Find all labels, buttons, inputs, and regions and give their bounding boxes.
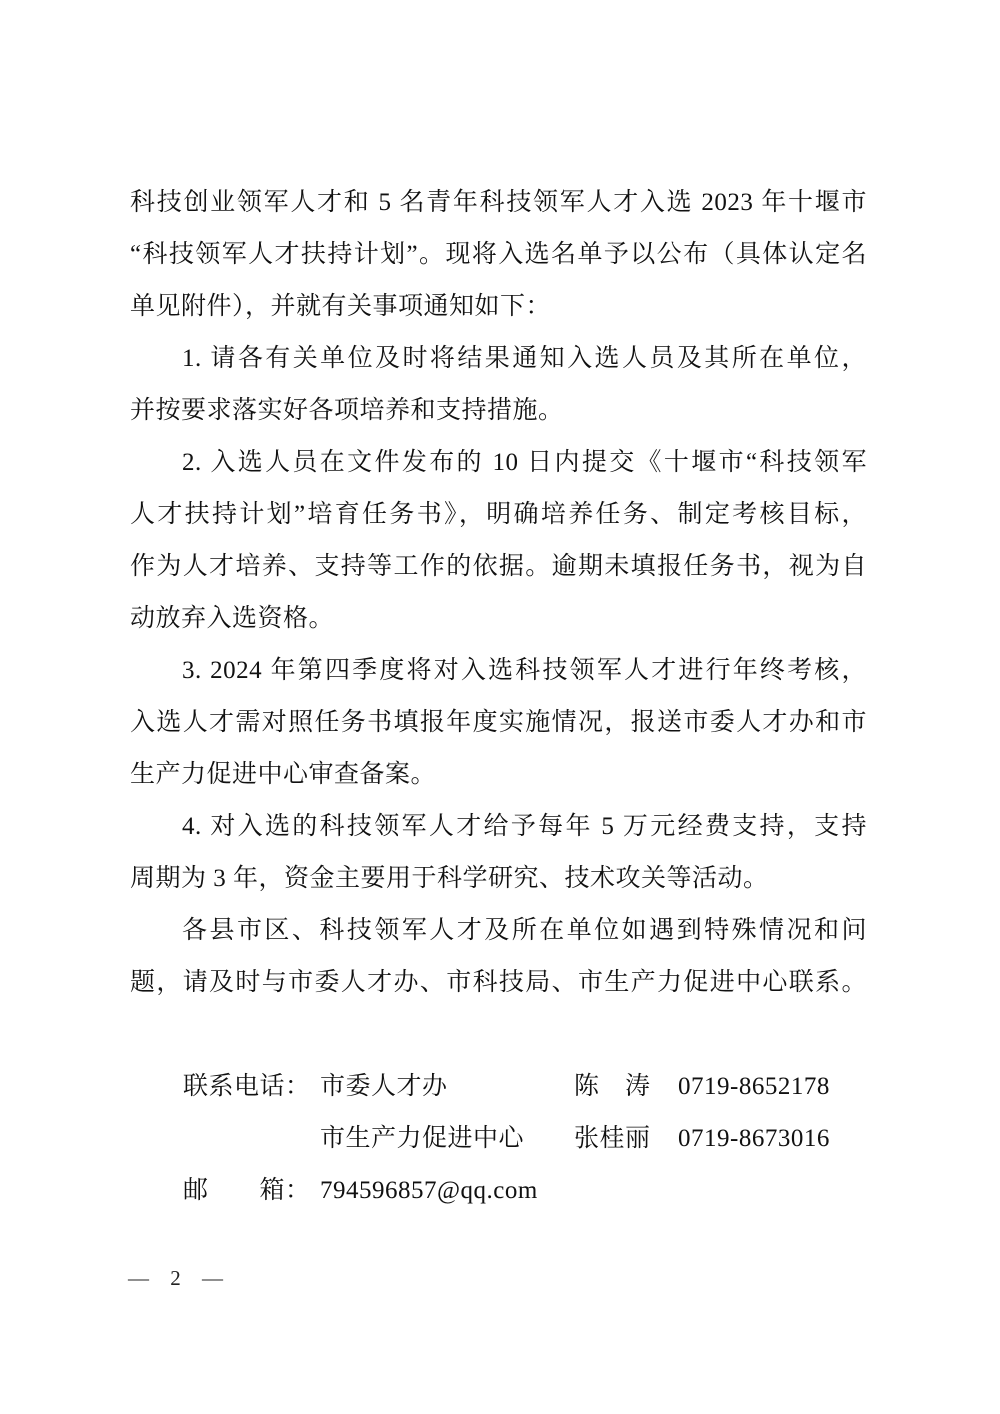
body-line: 科技创业领军人才和 5 名青年科技领军人才入选 2023 年十堰市 (130, 177, 867, 229)
body-line: 作为人才培养、支持等工作的依据。逾期未填报任务书，视为自 (130, 541, 867, 593)
contact-row-phone-1: 联系电话： 市委人才办 陈 涛 0719-8652178 (130, 1061, 867, 1113)
contact-row-email: 邮 箱： 794596857@qq.com (130, 1165, 867, 1217)
contact-phone-number: 0719-8673016 (678, 1113, 867, 1165)
contact-org: 市生产力促进中心 (320, 1113, 574, 1165)
body-line: 人才扶持计划”培育任务书》，明确培养任务、制定考核目标， (130, 489, 867, 541)
body-line: 各县市区、科技领军人才及所在单位如遇到特殊情况和问 (130, 905, 867, 957)
body-line: 4. 对入选的科技领军人才给予每年 5 万元经费支持，支持 (130, 801, 867, 853)
body-line: 3. 2024 年第四季度将对入选科技领军人才进行年终考核， (130, 645, 867, 697)
document-body: 科技创业领军人才和 5 名青年科技领军人才入选 2023 年十堰市 “科技领军人… (130, 177, 867, 1217)
contact-person: 陈 涛 (574, 1061, 678, 1113)
blank-line (130, 1009, 867, 1061)
contact-row-phone-2: 市生产力促进中心 张桂丽 0719-8673016 (130, 1113, 867, 1165)
body-line: 单见附件），并就有关事项通知如下： (130, 281, 867, 333)
body-line: 并按要求落实好各项培养和支持措施。 (130, 385, 867, 437)
body-line: 入选人才需对照任务书填报年度实施情况，报送市委人才办和市 (130, 697, 867, 749)
contact-phone-label: 联系电话： (183, 1061, 320, 1113)
contact-person: 张桂丽 (574, 1113, 678, 1165)
body-line: 题，请及时与市委人才办、市科技局、市生产力促进中心联系。 (130, 957, 867, 1009)
body-line: 动放弃入选资格。 (130, 593, 867, 645)
page-number: — 2 — (128, 1264, 223, 1292)
contact-phone-number: 0719-8652178 (678, 1061, 867, 1113)
contact-email-value: 794596857@qq.com (320, 1165, 867, 1217)
body-line: 周期为 3 年，资金主要用于科学研究、技术攻关等活动。 (130, 853, 867, 905)
body-line: 2. 入选人员在文件发布的 10 日内提交《十堰市“科技领军 (130, 437, 867, 489)
body-line: “科技领军人才扶持计划”。现将入选名单予以公布（具体认定名 (130, 229, 867, 281)
document-page: 科技创业领军人才和 5 名青年科技领军人才入选 2023 年十堰市 “科技领军人… (0, 0, 1000, 1414)
body-line: 1. 请各有关单位及时将结果通知入选人员及其所在单位， (130, 333, 867, 385)
contact-email-label: 邮 箱： (183, 1165, 320, 1217)
body-line: 生产力促进中心审查备案。 (130, 749, 867, 801)
contact-org: 市委人才办 (320, 1061, 574, 1113)
contact-phone-label (183, 1113, 320, 1165)
